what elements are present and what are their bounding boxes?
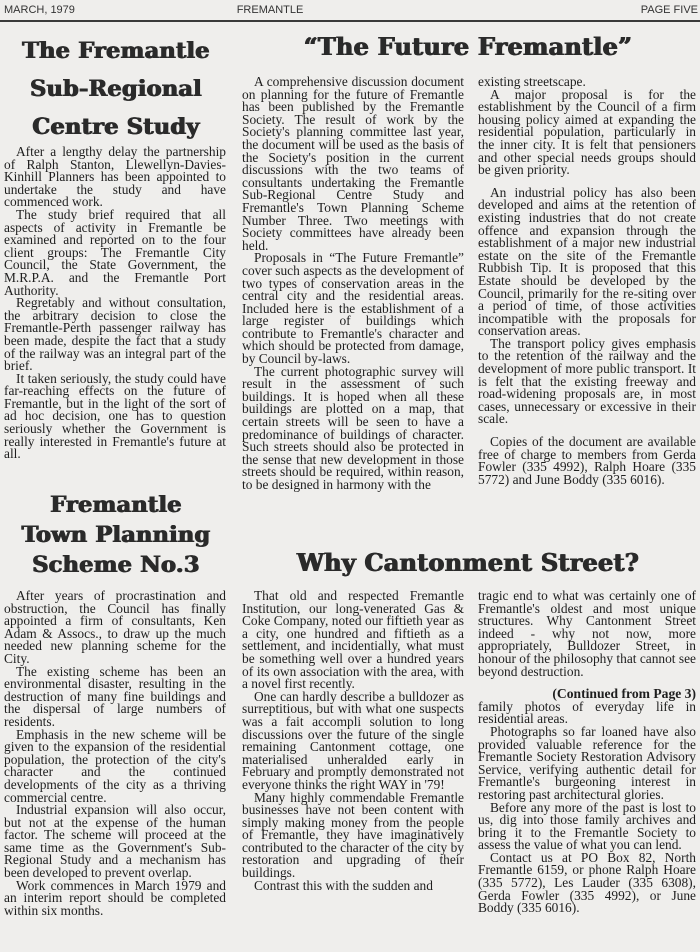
paragraph: Work commences in March 1979 and an inte…: [4, 880, 226, 918]
paragraph: Emphasis in the new scheme will be given…: [4, 729, 226, 805]
paragraph: One can hardly describe a bulldozer as s…: [242, 691, 464, 792]
paragraph: After years of procrastination and obstr…: [4, 590, 226, 666]
publication-name: FREMANTLE: [0, 4, 540, 16]
paragraph: That old and respected Fremantle Institu…: [242, 590, 464, 691]
paragraph: Contact us at PO Box 82, North Fremantle…: [478, 852, 696, 915]
paragraph: It taken seriously, the study could have…: [4, 373, 226, 461]
headline-line: The Fremantle: [0, 32, 232, 70]
headline-line: Fremantle: [0, 490, 232, 520]
article-future-col1: A comprehensive discussion document on p…: [242, 76, 464, 492]
article-future-col2: existing streetscape. A major proposal i…: [478, 76, 696, 486]
paragraph: The current photographic survey will res…: [242, 366, 464, 492]
headline-line: Sub-Regional: [0, 70, 232, 108]
headline-line: Scheme No.3: [0, 550, 232, 580]
article-cantonment-col1: That old and respected Fremantle Institu…: [242, 590, 464, 892]
paragraph-continuation: tragic end to what was certainly one of …: [478, 590, 696, 678]
headline-line: Town Planning: [0, 520, 232, 550]
paragraph: Industrial expansion will also occur, bu…: [4, 804, 226, 880]
paragraph: The study brief required that all aspect…: [4, 209, 226, 297]
paragraph: Many highly commendable Fremantle busine…: [242, 792, 464, 880]
headline-cantonment: Why Cantonment Street?: [236, 548, 700, 578]
article-sub-regional-body: After a lengthy delay the partnership of…: [4, 146, 226, 461]
paragraph-continuation: family photos of everyday life in reside…: [478, 701, 696, 726]
paragraph: A major proposal is for the establishmen…: [478, 89, 696, 177]
paragraph: The existing scheme has been an environm…: [4, 666, 226, 729]
paragraph: Contrast this with the sudden and: [242, 880, 464, 893]
paragraph: Photographs so far loaned have also prov…: [478, 726, 696, 802]
page-number: PAGE FIVE: [641, 4, 698, 16]
paragraph: The transport policy gives emphasis to t…: [478, 338, 696, 426]
paragraph: Proposals in “The Future Fremantle” cove…: [242, 252, 464, 365]
headline-future-fremantle: “The Future Fremantle”: [236, 32, 700, 62]
paragraph: Before any more of the past is lost to u…: [478, 802, 696, 852]
article-cantonment-col2: tragic end to what was certainly one of …: [478, 590, 696, 915]
masthead-rule: [0, 20, 700, 22]
paragraph: Copies of the document are available fre…: [478, 436, 696, 486]
paragraph: A comprehensive discussion document on p…: [242, 76, 464, 252]
article-town-planning-body: After years of procrastination and obstr…: [4, 590, 226, 917]
headline-town-planning: Fremantle Town Planning Scheme No.3: [0, 490, 232, 580]
headline-sub-regional: The Fremantle Sub-Regional Centre Study: [0, 32, 232, 146]
paragraph: An industrial policy has also been devel…: [478, 187, 696, 338]
masthead: MARCH, 1979 FREMANTLE PAGE FIVE: [0, 0, 700, 22]
paragraph: Regretably and without consultation, the…: [4, 297, 226, 373]
paragraph: After a lengthy delay the partnership of…: [4, 146, 226, 209]
headline-line: Centre Study: [0, 108, 232, 146]
